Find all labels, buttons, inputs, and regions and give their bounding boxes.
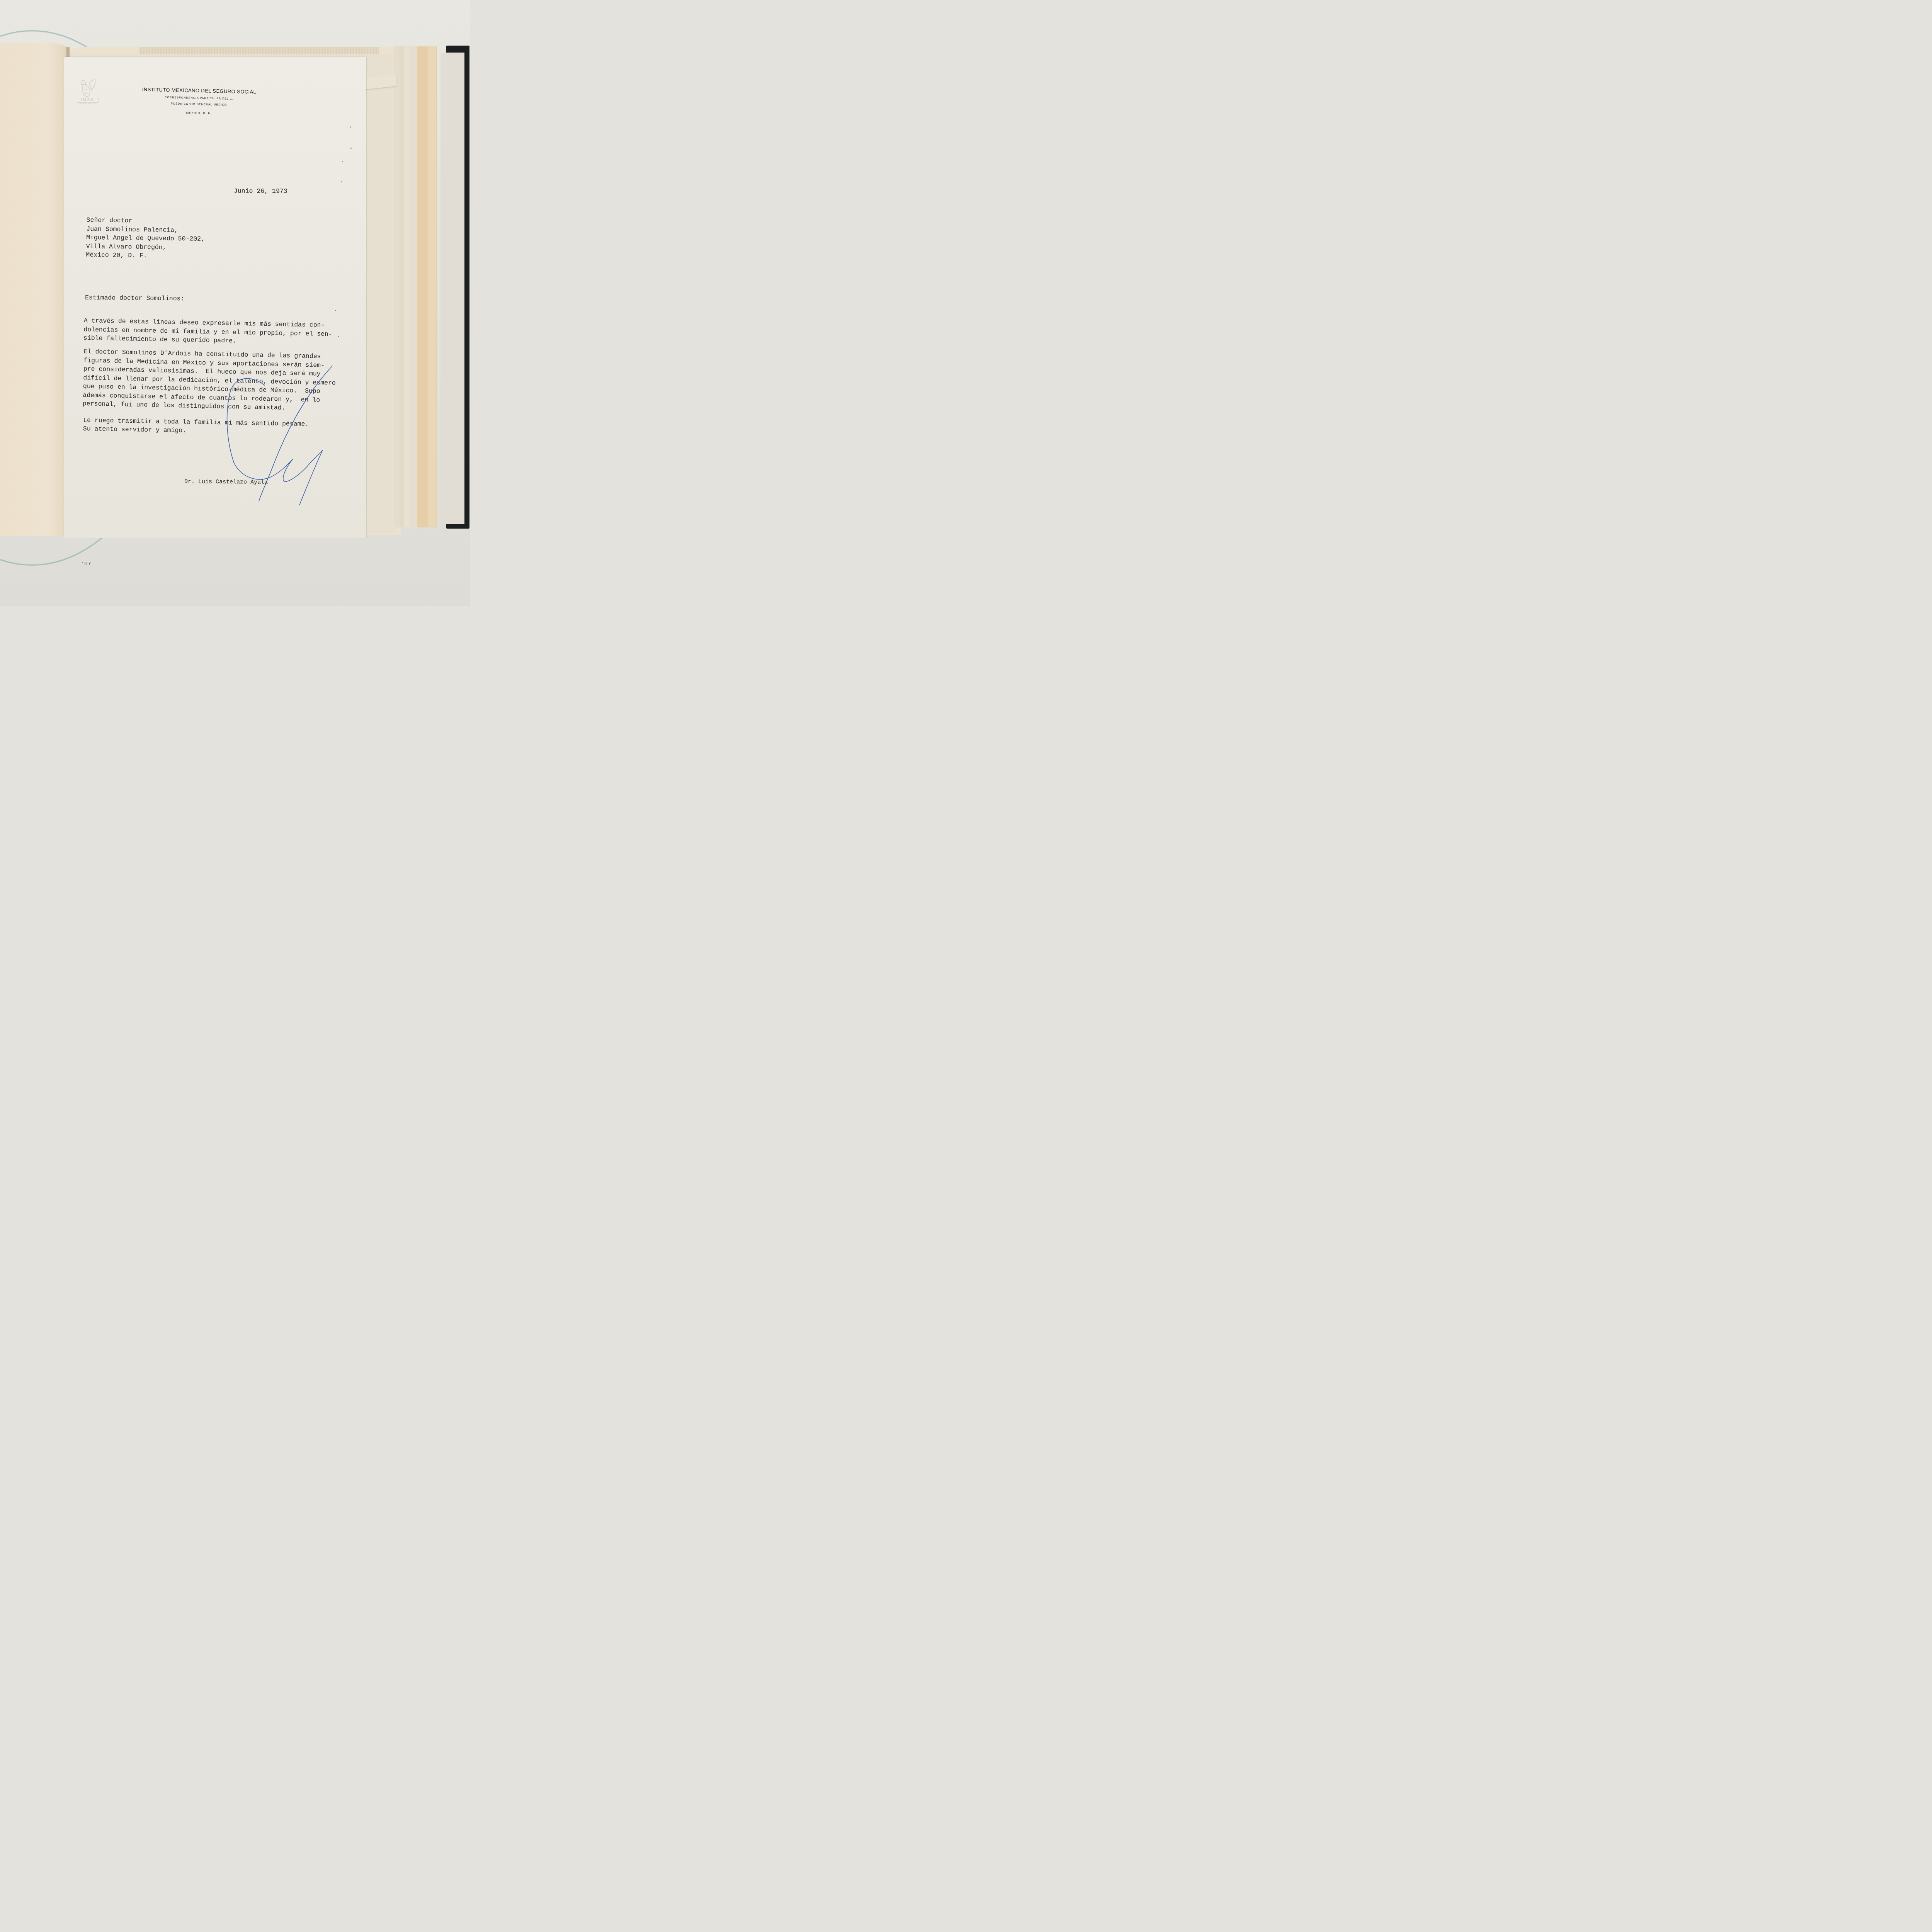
letter-sheet: IMSS SEGURIDAD PARA TODOS INSTITUTO MEXI… (64, 57, 366, 538)
left-page (0, 43, 69, 536)
paragraph-condolences: A través de estas líneas deseo expresarl… (83, 316, 333, 347)
paragraph-tribute: El doctor Somolinos D'Ardois ha constitu… (83, 347, 337, 413)
binding-hole (341, 181, 342, 182)
logo-acronym: IMSS (77, 98, 99, 103)
salutation: Estimado doctor Somolinos: (85, 294, 185, 303)
page-stack (394, 46, 462, 527)
recipient-city: México 20, D. F. (86, 251, 204, 261)
signer-name: Dr. Luis Castelazo Ayala (184, 478, 268, 487)
logo-motto: SEGURIDAD PARA TODOS (77, 103, 99, 104)
page-leaf (394, 46, 400, 527)
page-edge-texture (139, 47, 379, 54)
binding-hole (342, 161, 343, 162)
binding-hole (335, 310, 336, 311)
page-leaf (417, 46, 429, 527)
imss-eagle-emblem-icon (79, 78, 96, 97)
typist-initials: 'mr (81, 560, 92, 568)
page-leaf (410, 46, 418, 527)
closing: Le ruego trasmitir a toda la familia mi … (83, 416, 309, 437)
binding-hole (350, 148, 352, 149)
recipient-address: Señor doctorJuan Somolinos Palencia,Migu… (86, 216, 205, 261)
binding-hole (350, 126, 351, 128)
page-leaf (404, 46, 410, 527)
letterhead-city: MEXICO, D. F. (129, 110, 268, 116)
letterhead-line-2: CORRESPONDENCIA PARTICULAR DEL C. (129, 95, 269, 101)
binding-hole (338, 336, 339, 337)
letter-date: Junio 26, 1973 (234, 187, 287, 196)
letterhead: INSTITUTO MEXICANO DEL SEGURO SOCIAL COR… (129, 86, 269, 116)
page-leaf (428, 46, 437, 527)
imss-emblem: IMSS SEGURIDAD PARA TODOS (77, 78, 99, 105)
letterhead-line-3: SUBDIRECTOR GENERAL MEDICO (129, 101, 269, 107)
bound-volume: IMSS SEGURIDAD PARA TODOS INSTITUTO MEXI… (0, 43, 470, 536)
institution-name: INSTITUTO MEXICANO DEL SEGURO SOCIAL (130, 86, 269, 95)
